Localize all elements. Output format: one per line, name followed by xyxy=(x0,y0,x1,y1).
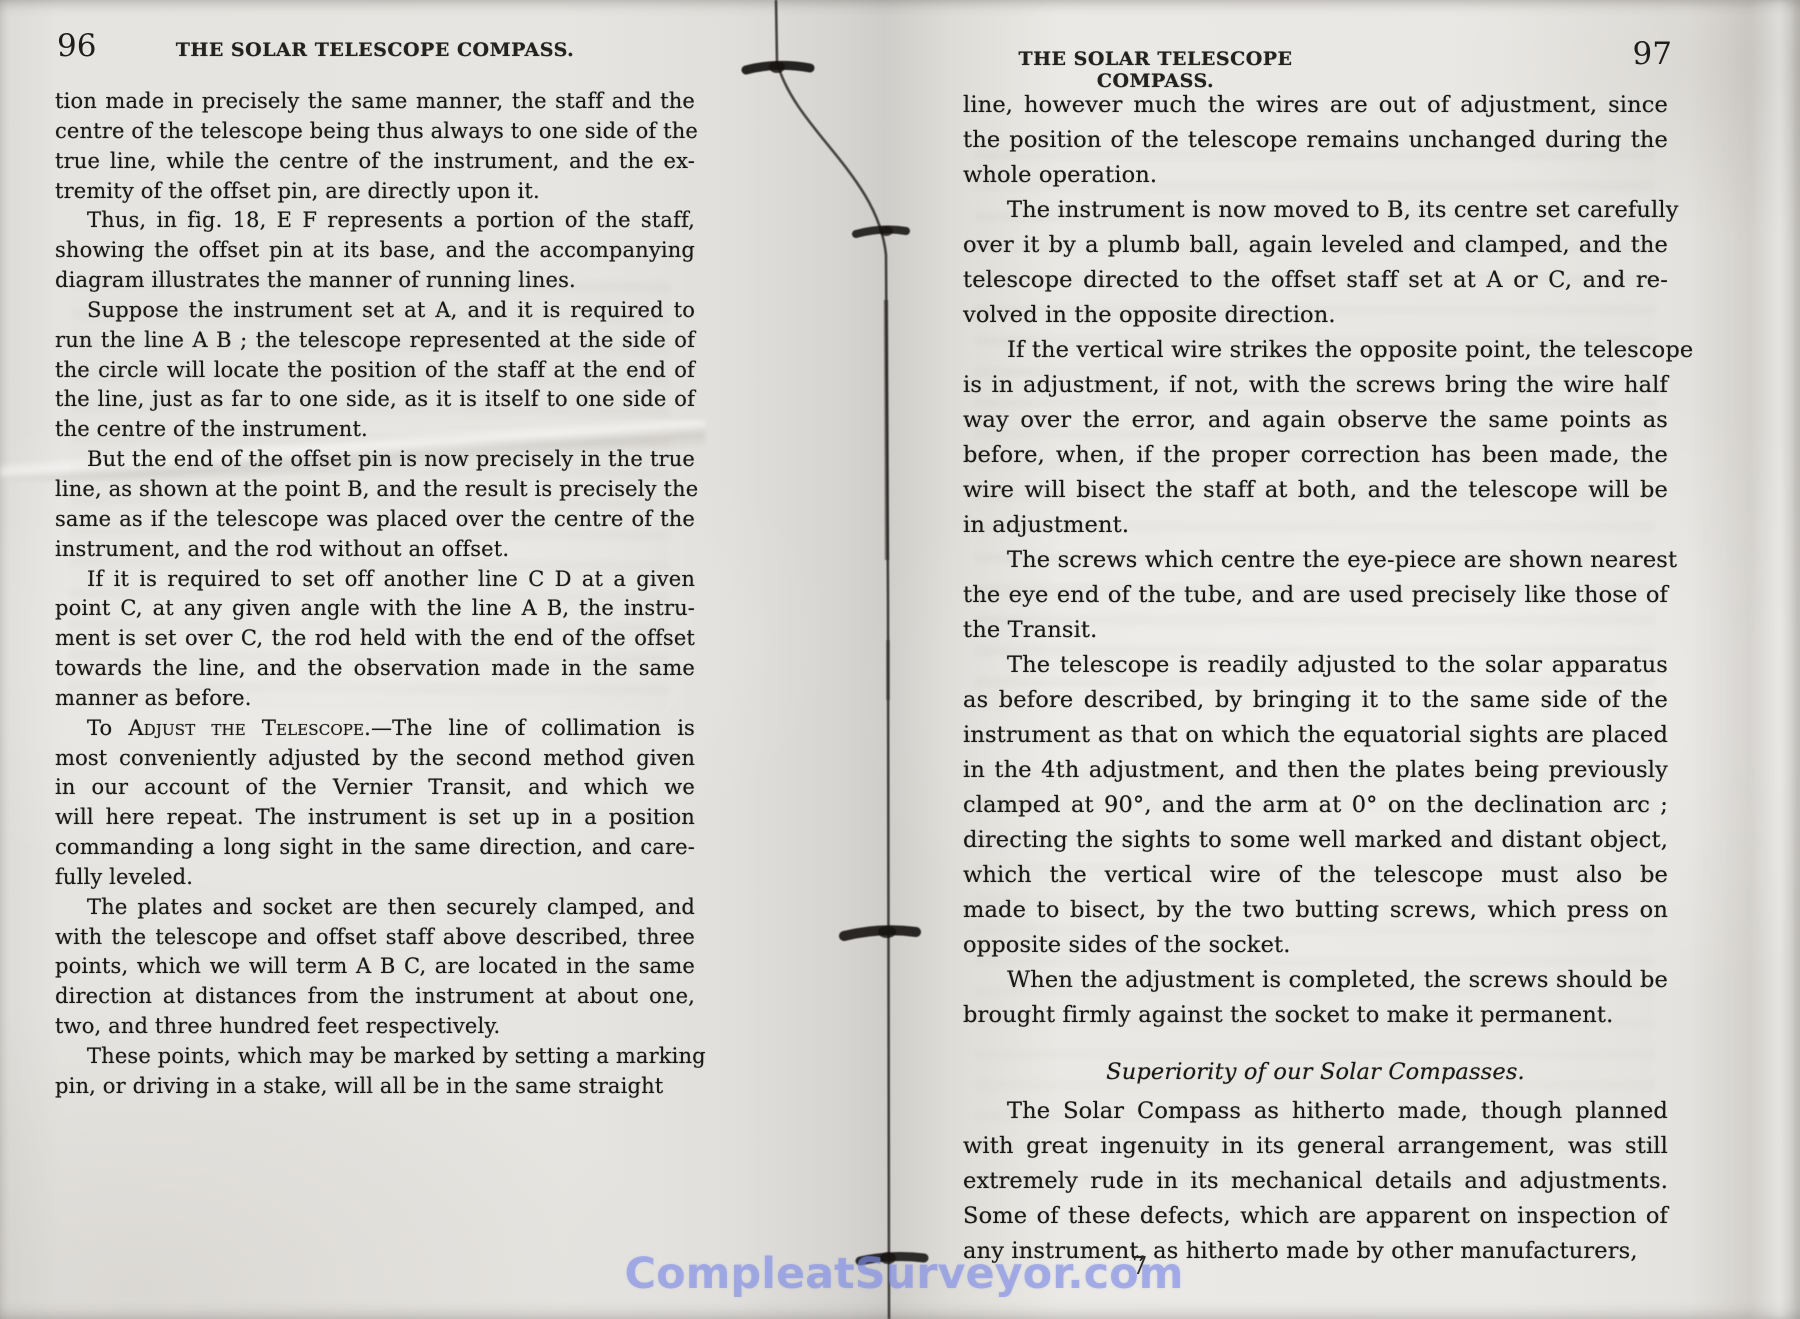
text-line: Thus, in fig. 18, E F represents a porti… xyxy=(55,206,695,236)
text-line: manner as before. xyxy=(55,684,695,714)
text-line: But the end of the offset pin is now pre… xyxy=(55,445,695,475)
text-line: brought firmly against the socket to mak… xyxy=(963,998,1668,1033)
text-line: most conveniently adjusted by the second… xyxy=(55,744,695,774)
text-line: These points, which may be marked by set… xyxy=(55,1042,695,1072)
text-line: line, however much the wires are out of … xyxy=(963,88,1668,123)
text-line: the line, just as far to one side, as it… xyxy=(55,385,695,415)
text-line: with the telescope and offset staff abov… xyxy=(55,923,695,953)
text-line: To Adjust the Telescope.—The line of col… xyxy=(55,714,695,744)
watermark: CompleatSurveyor.com xyxy=(594,1249,1214,1299)
text-line: the eye end of the tube, and are used pr… xyxy=(963,578,1668,613)
text-line: the position of the telescope remains un… xyxy=(963,123,1668,158)
text-line: telescope directed to the offset staff s… xyxy=(963,263,1668,298)
text-line: will here repeat. The instrument is set … xyxy=(55,803,695,833)
text-line: direction at distances from the instrume… xyxy=(55,982,695,1012)
text-line: fully leveled. xyxy=(55,863,695,893)
text-line: When the adjustment is completed, the sc… xyxy=(963,963,1668,998)
text-line: in the 4th adjustment, and then the plat… xyxy=(963,753,1668,788)
text-line: towards the line, and the observation ma… xyxy=(55,654,695,684)
text-line: Some of these defects, which are apparen… xyxy=(963,1199,1668,1234)
text-line: The Solar Compass as hitherto made, thou… xyxy=(963,1094,1668,1129)
page-edge-curl xyxy=(1690,0,1800,1319)
text-line: tremity of the offset pin, are directly … xyxy=(55,177,695,207)
text-line: The plates and socket are then securely … xyxy=(55,893,695,923)
text-line: run the line A B ; the telescope represe… xyxy=(55,326,695,356)
text-line: The screws which centre the eye-piece ar… xyxy=(963,543,1668,578)
text-line: volved in the opposite direction. xyxy=(963,298,1668,333)
text-line: in our account of the Vernier Transit, a… xyxy=(55,773,695,803)
text-line: over it by a plumb ball, again leveled a… xyxy=(963,228,1668,263)
text-line: The instrument is now moved to B, its ce… xyxy=(963,193,1668,228)
section-heading: Superiority of our Solar Compasses. xyxy=(963,1055,1800,1090)
text-line: Suppose the instrument set at A, and it … xyxy=(55,296,695,326)
text-line: whole operation. xyxy=(963,158,1668,193)
running-head-left: THE SOLAR TELESCOPE COMPASS. xyxy=(55,39,695,61)
text-line: extremely rude in its mechanical details… xyxy=(963,1164,1668,1199)
text-line: two, and three hundred feet respectively… xyxy=(55,1012,695,1042)
text-line: If it is required to set off another lin… xyxy=(55,565,695,595)
text-line: ment is set over C, the rod held with th… xyxy=(55,624,695,654)
binding-stitches xyxy=(700,0,1000,1319)
text-line: in adjustment. xyxy=(963,508,1668,543)
text-line: instrument, and the rod without an offse… xyxy=(55,535,695,565)
text-line: If the vertical wire strikes the opposit… xyxy=(963,333,1668,368)
body-text-left: tion made in precisely the same manner, … xyxy=(55,87,695,1102)
text-line: clamped at 90°, and the arm at 0° on the… xyxy=(963,788,1668,823)
text-line: with great ingenuity in its general arra… xyxy=(963,1129,1668,1164)
book-scan: 96 THE SOLAR TELESCOPE COMPASS. tion mad… xyxy=(0,0,1800,1319)
text-line: as before described, by bringing it to t… xyxy=(963,683,1668,718)
text-line: before, when, if the proper correction h… xyxy=(963,438,1668,473)
text-line: same as if the telescope was placed over… xyxy=(55,505,695,535)
page-number-right: 97 xyxy=(1600,36,1672,72)
text-line: made to bisect, by the two butting screw… xyxy=(963,893,1668,928)
text-line: is in adjustment, if not, with the screw… xyxy=(963,368,1668,403)
text-line: way over the error, and again observe th… xyxy=(963,403,1668,438)
text-line: opposite sides of the socket. xyxy=(963,928,1668,963)
text-line: which the vertical wire of the telescope… xyxy=(963,858,1668,893)
text-line: commanding a long sight in the same dire… xyxy=(55,833,695,863)
text-line: true line, while the centre of the instr… xyxy=(55,147,695,177)
text-line: points, which we will term A B C, are lo… xyxy=(55,952,695,982)
text-line: centre of the telescope being thus alway… xyxy=(55,117,695,147)
text-line: showing the offset pin at its base, and … xyxy=(55,236,695,266)
signature-mark: 7 xyxy=(1132,1252,1147,1280)
text-line: tion made in precisely the same manner, … xyxy=(55,87,695,117)
text-line: point C, at any given angle with the lin… xyxy=(55,594,695,624)
running-head-right: THE SOLAR TELESCOPE COMPASS. xyxy=(963,48,1668,92)
text-line: wire will bisect the staff at both, and … xyxy=(963,473,1668,508)
text-line: diagram illustrates the manner of runnin… xyxy=(55,266,695,296)
text-line: directing the sights to some well marked… xyxy=(963,823,1668,858)
text-line: the Transit. xyxy=(963,613,1668,648)
text-line: the circle will locate the position of t… xyxy=(55,356,695,386)
text-line: The telescope is readily adjusted to the… xyxy=(963,648,1668,683)
text-line: pin, or driving in a stake, will all be … xyxy=(55,1072,695,1102)
body-text-right: line, however much the wires are out of … xyxy=(963,88,1668,1269)
text-line: instrument as that on which the equatori… xyxy=(963,718,1668,753)
text-line: the centre of the instrument. xyxy=(55,415,695,445)
text-line: line, as shown at the point B, and the r… xyxy=(55,475,695,505)
